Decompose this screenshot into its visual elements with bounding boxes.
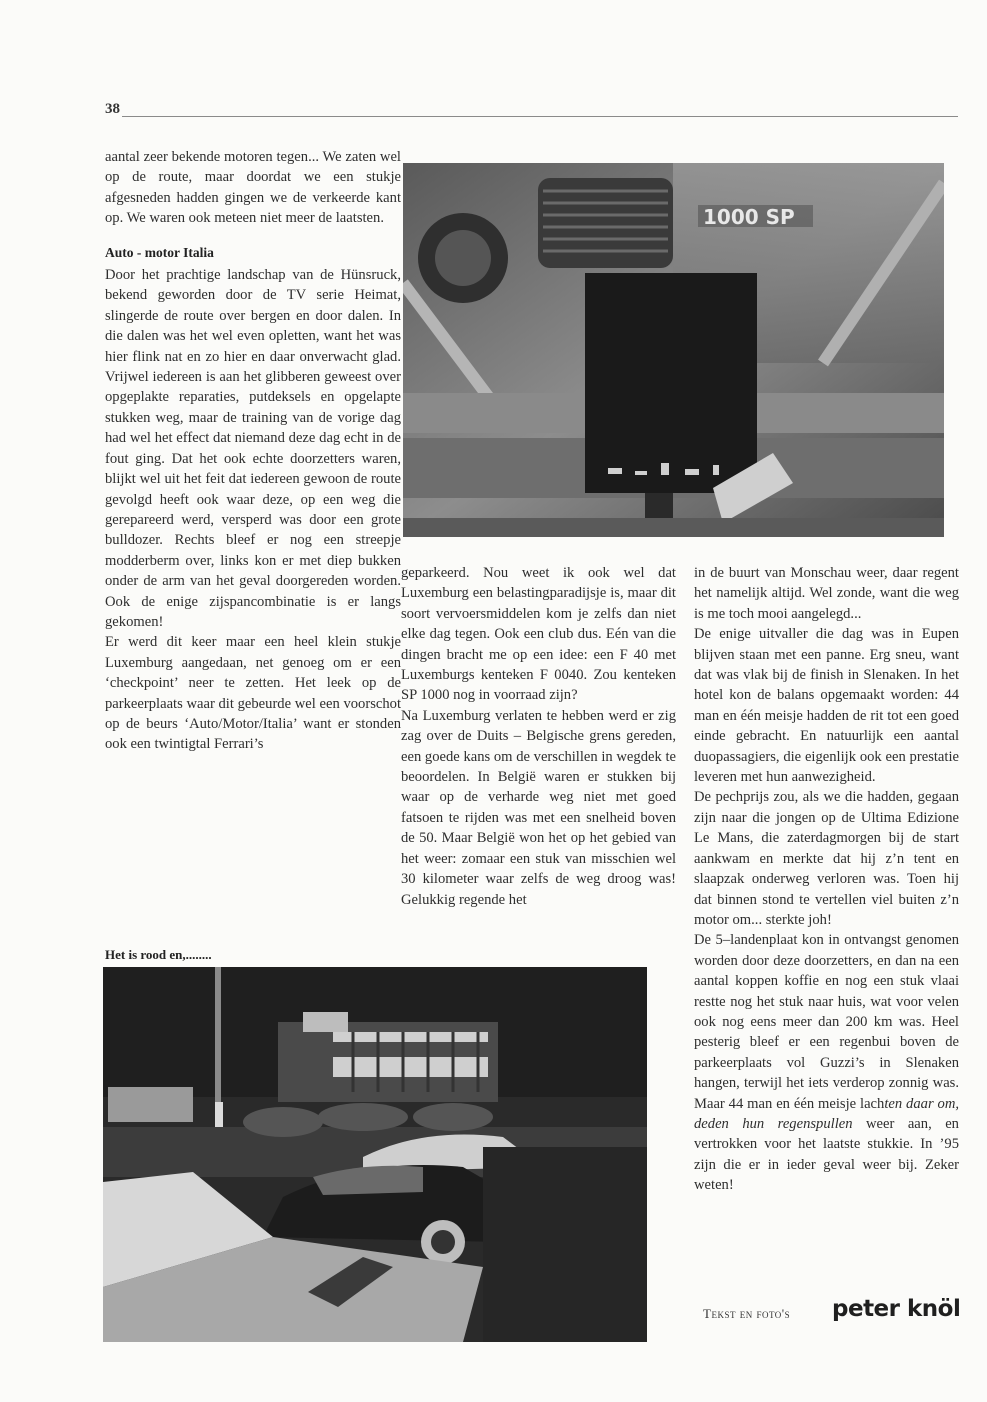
paragraph: Na Luxemburg verlaten te hebben werd er … <box>401 706 676 910</box>
svg-text:1000 SP: 1000 SP <box>703 205 795 229</box>
author-signature: peter knöl <box>832 1296 960 1322</box>
paragraph: De enige uitvaller die dag was in Eupen … <box>694 624 959 787</box>
paragraph: De pechprijs zou, als we die hadden, geg… <box>694 787 959 930</box>
paragraph: geparkeerd. Nou weet ik ook wel dat Luxe… <box>401 563 676 706</box>
paragraph: Door het prachtige landschap van de Hüns… <box>105 265 401 632</box>
article-column-3: in de buurt van Monschau weer, daar rege… <box>694 563 959 1196</box>
paragraph: in de buurt van Monschau weer, daar rege… <box>694 563 959 624</box>
text-run: De 5–landenplaat kon in ontvangst genome… <box>694 932 959 1111</box>
article-column-2: geparkeerd. Nou weet ik ook wel dat Luxe… <box>401 563 676 910</box>
article-column-1: aantal zeer bekende motoren tegen... We … <box>105 147 401 755</box>
page-number: 38 <box>105 101 120 118</box>
paragraph: Er werd dit keer maar een heel klein stu… <box>105 632 401 754</box>
photo-motorcycle-engine: 1000 SP <box>403 163 944 537</box>
header-rule <box>122 116 958 117</box>
photo-caption: Het is rood en,........ <box>105 947 212 963</box>
section-subheading: Auto - motor Italia <box>105 243 401 263</box>
ferrari-photo-illustration <box>103 967 647 1342</box>
credits-label: Tekst en foto's <box>703 1306 790 1322</box>
engine-photo-illustration: 1000 SP <box>403 163 944 537</box>
intro-paragraph: aantal zeer bekende motoren tegen... We … <box>105 147 401 229</box>
photo-parked-ferraris <box>103 967 647 1342</box>
paragraph: De 5–landenplaat kon in ontvangst genome… <box>694 930 959 1195</box>
